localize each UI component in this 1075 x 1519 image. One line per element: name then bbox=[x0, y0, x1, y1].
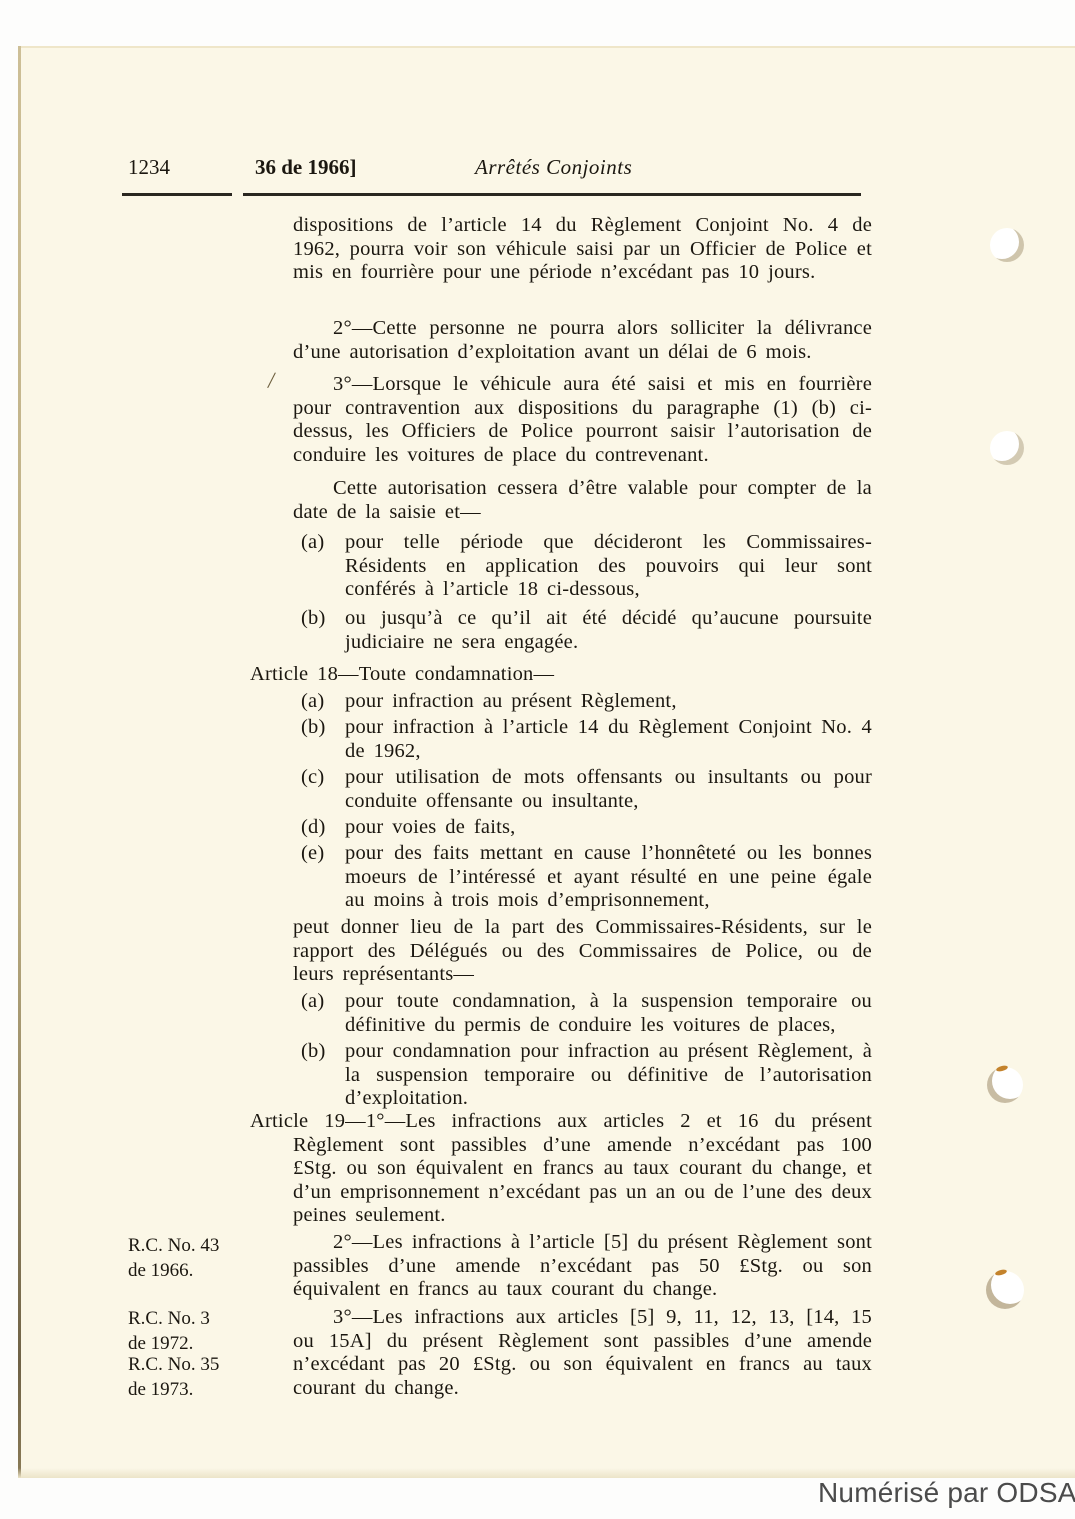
list-item-label: (d) bbox=[301, 816, 326, 840]
paragraph: dispositions de l’article 14 du Règlemen… bbox=[293, 214, 872, 285]
page-number: 1234 bbox=[128, 155, 170, 180]
margin-note-line: R.C. No. 35 bbox=[128, 1352, 278, 1377]
paragraph: 3°—Les infractions aux articles [5] 9, 1… bbox=[293, 1306, 872, 1400]
list-item: (a) pour telle période que décideront le… bbox=[293, 531, 872, 602]
paragraph: 2°—Les infractions à l’article [5] du pr… bbox=[293, 1231, 872, 1302]
list-item-text: pour toute condamnation, à la suspension… bbox=[345, 990, 872, 1036]
article-heading: Article 18—Toute condamnation— bbox=[250, 663, 872, 687]
edition-label: 36 de 1966] bbox=[255, 155, 357, 180]
punch-hole bbox=[990, 228, 1024, 262]
punch-hole bbox=[986, 1271, 1024, 1309]
margin-note-line: de 1973. bbox=[128, 1377, 278, 1402]
list-item-text: pour infraction à l’article 14 du Règlem… bbox=[345, 716, 872, 762]
list-item: (b) pour infraction à l’article 14 du Rè… bbox=[293, 716, 872, 763]
list-item: (b) ou jusqu’à ce qu’il ait été décidé q… bbox=[293, 607, 872, 654]
list-item-text: ou jusqu’à ce qu’il ait été décidé qu’au… bbox=[345, 607, 872, 653]
list-item-label: (a) bbox=[301, 690, 324, 714]
paragraph: 3°—Lorsque le véhicule aura été saisi et… bbox=[293, 373, 872, 467]
page-left-edge bbox=[18, 46, 21, 1478]
margin-note: R.C. No. 43 de 1966. bbox=[128, 1233, 278, 1283]
list-item-text: pour voies de faits, bbox=[345, 816, 516, 838]
paragraph: peut donner lieu de la part des Commissa… bbox=[293, 916, 872, 987]
punch-hole bbox=[987, 1067, 1023, 1103]
scan-background: { "colors":{"paper":"#fbf7e7","text":"#1… bbox=[0, 0, 1075, 1519]
list-item: (a) pour infraction au présent Règlement… bbox=[293, 690, 872, 714]
list-item: (b) pour condamnation pour infraction au… bbox=[293, 1040, 872, 1111]
margin-note-line: de 1966. bbox=[128, 1258, 278, 1283]
paragraph: 2°—Cette personne ne pourra alors sollic… bbox=[293, 317, 872, 364]
list-item: (d) pour voies de faits, bbox=[293, 816, 872, 840]
list-item-label: (c) bbox=[301, 766, 324, 790]
list-item-text: pour des faits mettant en cause l’honnêt… bbox=[345, 842, 872, 911]
list-item: (a) pour toute condamnation, à la suspen… bbox=[293, 990, 872, 1037]
list-item: (e) pour des faits mettant en cause l’ho… bbox=[293, 842, 872, 913]
margin-note-line: R.C. No. 3 bbox=[128, 1306, 278, 1331]
list-item: (c) pour utilisation de mots offensants … bbox=[293, 766, 872, 813]
margin-note-line: R.C. No. 43 bbox=[128, 1233, 278, 1258]
article-heading: Article 19—1°—Les infractions aux articl… bbox=[250, 1110, 872, 1228]
list-item-label: (b) bbox=[301, 716, 326, 740]
punch-hole bbox=[990, 431, 1024, 465]
margin-note: R.C. No. 3 de 1972. bbox=[128, 1306, 278, 1356]
list-item-label: (b) bbox=[301, 607, 326, 631]
header-rule bbox=[243, 193, 861, 196]
list-item-label: (a) bbox=[301, 531, 324, 555]
list-item-label: (a) bbox=[301, 990, 324, 1014]
margin-note: R.C. No. 35 de 1973. bbox=[128, 1352, 278, 1402]
scanner-watermark: Numérisé par ODSAS bbox=[818, 1477, 1075, 1509]
header-rule bbox=[122, 193, 232, 196]
list-item-text: pour telle période que décideront les Co… bbox=[345, 531, 872, 600]
running-title: Arrêtés Conjoints bbox=[475, 155, 632, 180]
list-item-label: (e) bbox=[301, 842, 324, 866]
list-item-text: pour infraction au présent Règlement, bbox=[345, 690, 677, 712]
list-item-text: pour utilisation de mots offensants ou i… bbox=[345, 766, 872, 812]
list-item-text: pour condamnation pour infraction au pré… bbox=[345, 1040, 872, 1109]
list-item-label: (b) bbox=[301, 1040, 326, 1064]
paragraph: Cette autorisation cessera d’être valabl… bbox=[293, 477, 872, 524]
